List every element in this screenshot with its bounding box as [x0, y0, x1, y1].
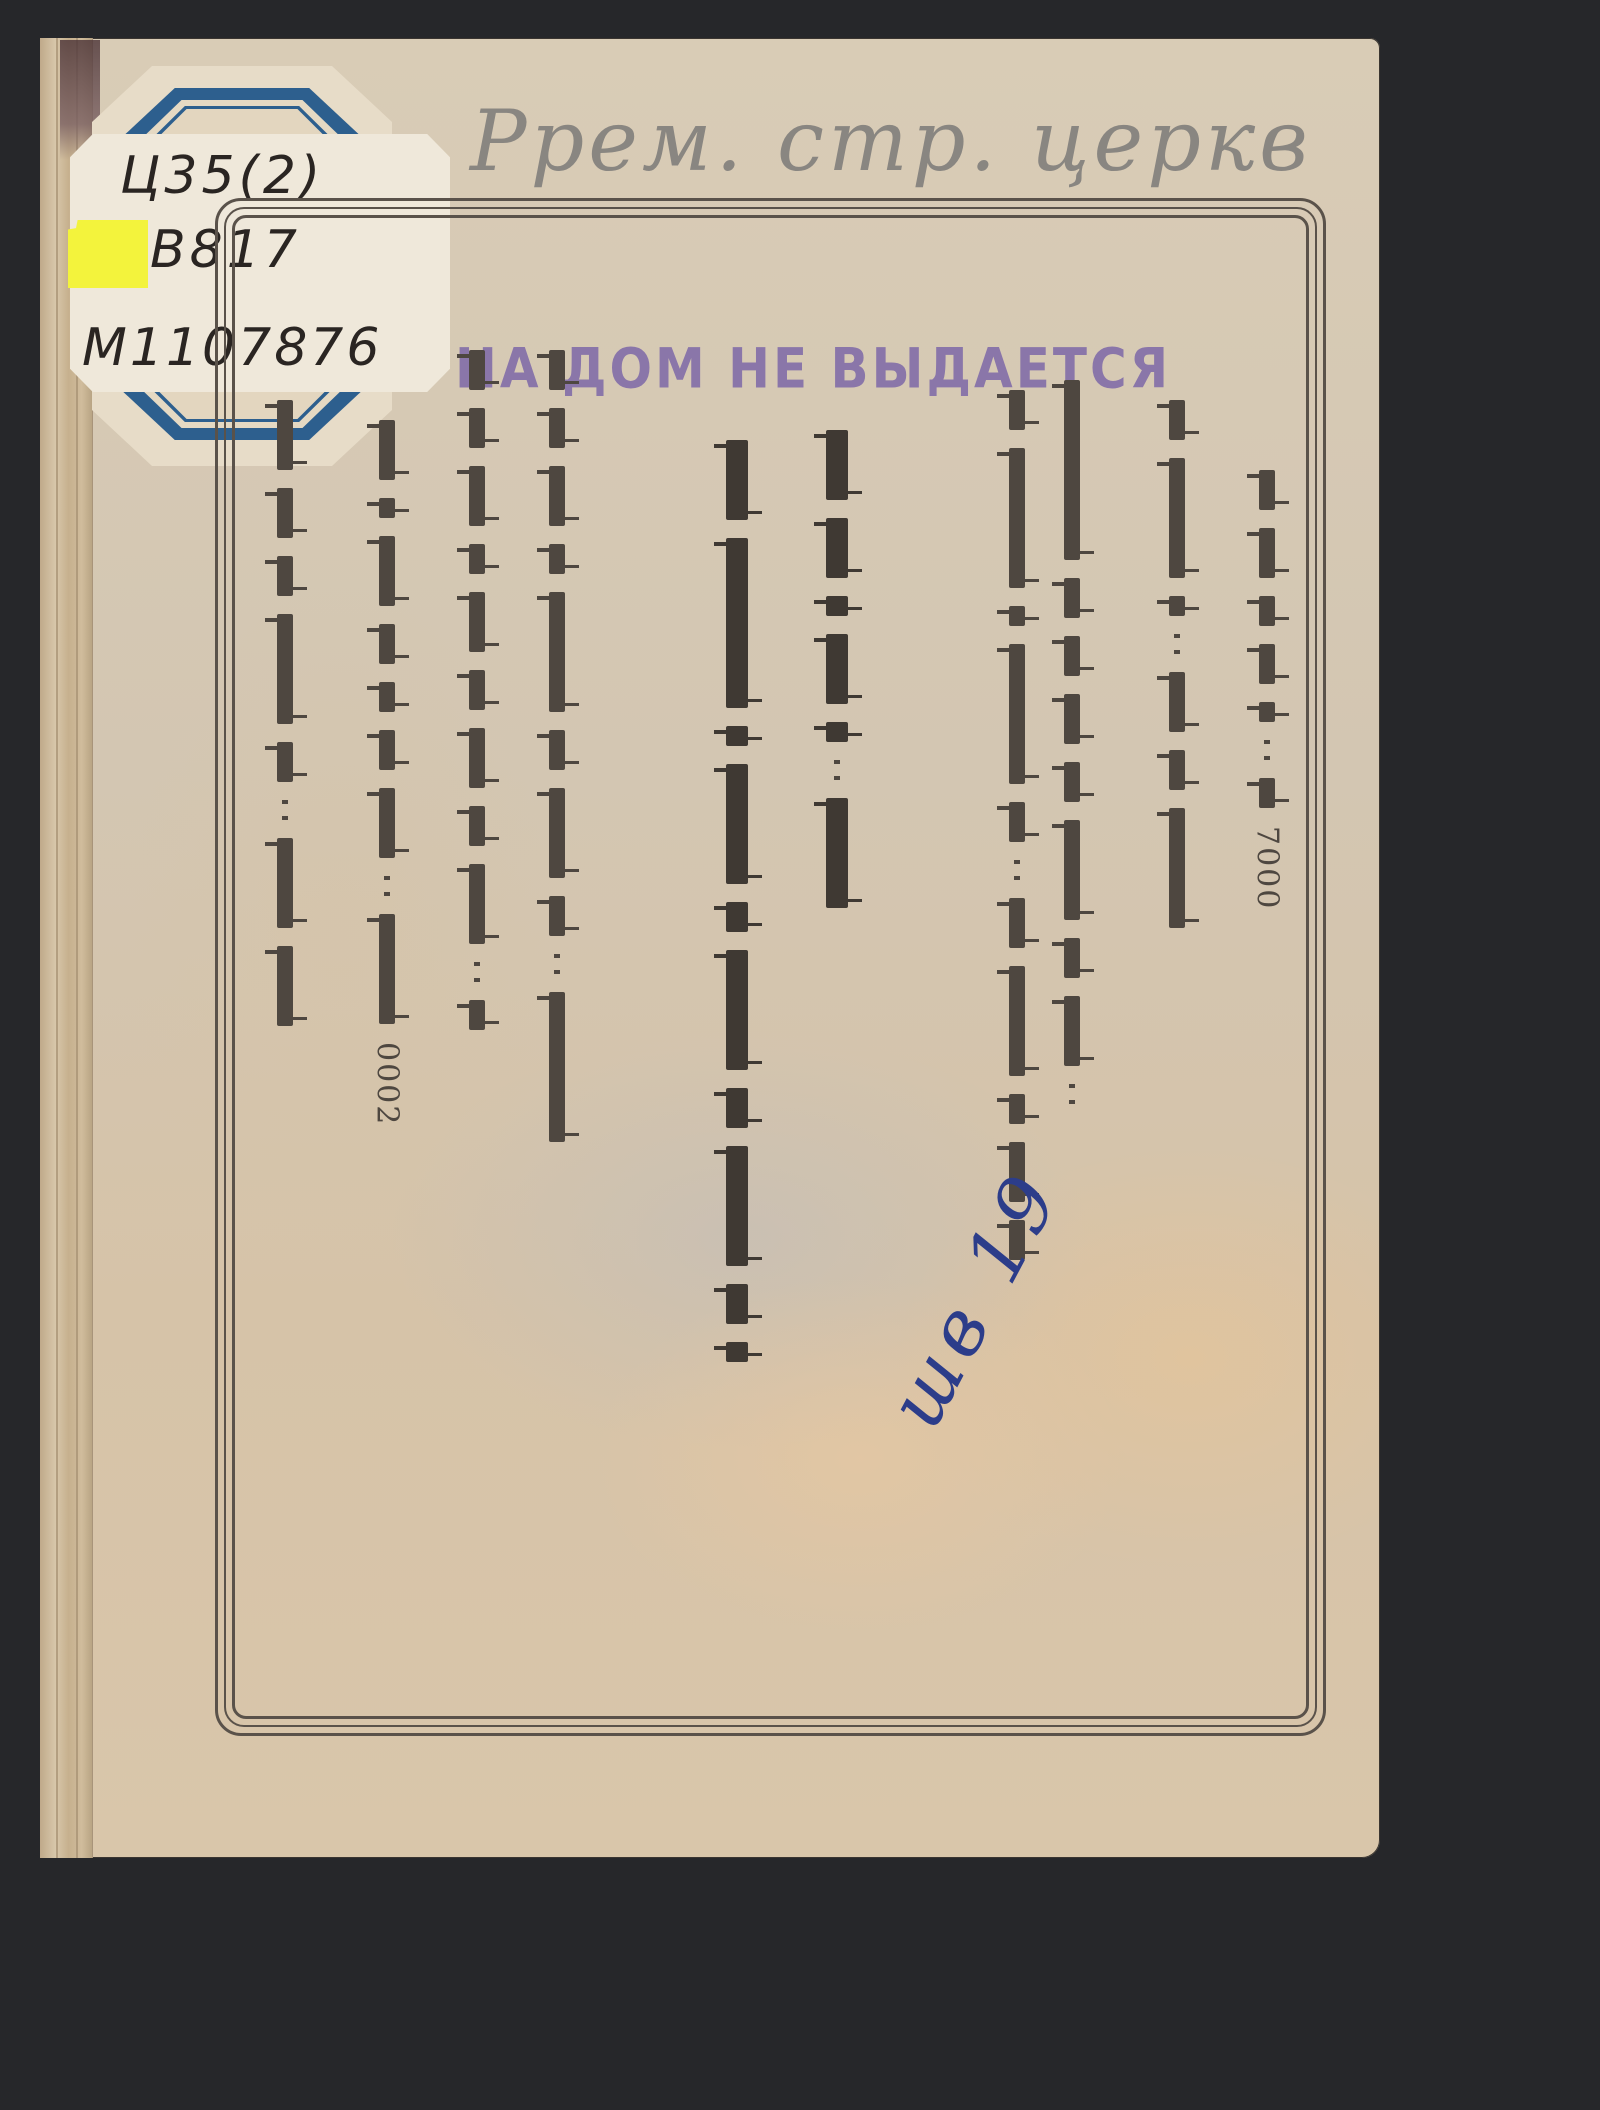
- punctuation-mark: [1264, 740, 1270, 760]
- text-column-1: [268, 400, 302, 1026]
- script-word: [379, 498, 395, 518]
- script-word: [277, 488, 293, 538]
- script-word: [726, 1088, 748, 1128]
- script-word: [1009, 448, 1025, 588]
- script-word: [469, 544, 485, 574]
- script-word: [469, 466, 485, 526]
- punctuation-mark: [1014, 860, 1020, 880]
- text-column-3: [460, 350, 494, 1030]
- script-word: [379, 914, 395, 1024]
- script-word: [277, 400, 293, 470]
- script-word: [379, 730, 395, 770]
- script-word: [826, 798, 848, 908]
- text-column-5: [720, 440, 754, 1362]
- script-word: [1064, 578, 1080, 618]
- script-word: [277, 742, 293, 782]
- script-word: [1009, 898, 1025, 948]
- script-word: [469, 592, 485, 652]
- script-word: [549, 408, 565, 448]
- script-word: [1064, 762, 1080, 802]
- script-word: [1169, 750, 1185, 790]
- script-word: [726, 1284, 748, 1324]
- script-word: [726, 440, 748, 520]
- script-word: [826, 596, 848, 616]
- script-word: [1009, 606, 1025, 626]
- script-word: [1064, 694, 1080, 744]
- script-word: [1259, 470, 1275, 510]
- script-word: [277, 838, 293, 928]
- script-word: [726, 726, 748, 746]
- script-word: [1009, 1094, 1025, 1124]
- punctuation-mark: [282, 800, 288, 820]
- yellow-sticker: [68, 220, 148, 288]
- script-word: [1009, 802, 1025, 842]
- text-column-6: [820, 430, 854, 908]
- script-word: [1064, 380, 1080, 560]
- script-word: [549, 730, 565, 770]
- script-word: [826, 722, 848, 742]
- pencil-handwritten-note: Ррем. стр. церкв: [470, 92, 1312, 190]
- script-word: [379, 788, 395, 858]
- script-word: [277, 614, 293, 724]
- text-column-7: [1000, 390, 1034, 1260]
- script-word: [1169, 458, 1185, 578]
- punctuation-mark: [554, 954, 560, 974]
- script-word: [379, 624, 395, 664]
- script-word: [1169, 596, 1185, 616]
- numeral-text: 0002: [370, 1042, 405, 1126]
- script-word: [1169, 400, 1185, 440]
- script-word: [726, 950, 748, 1070]
- script-word: [726, 764, 748, 884]
- script-word: [1009, 390, 1025, 430]
- text-column-2: 0002: [370, 420, 404, 1126]
- script-word: [826, 634, 848, 704]
- script-word: [469, 1000, 485, 1030]
- script-word: [826, 518, 848, 578]
- script-word: [549, 788, 565, 878]
- script-word: [469, 806, 485, 846]
- script-word: [469, 670, 485, 710]
- script-word: [726, 1342, 748, 1362]
- punctuation-mark: [1069, 1084, 1075, 1104]
- script-word: [1009, 644, 1025, 784]
- script-word: [1064, 996, 1080, 1066]
- script-word: [1064, 820, 1080, 920]
- script-word: [379, 420, 395, 480]
- punctuation-mark: [474, 962, 480, 982]
- script-word: [826, 430, 848, 500]
- script-word: [549, 466, 565, 526]
- text-column-4: [540, 350, 574, 1142]
- script-word: [1259, 596, 1275, 626]
- script-word: [469, 728, 485, 788]
- script-word: [1064, 938, 1080, 978]
- script-word: [549, 592, 565, 712]
- script-word: [1259, 702, 1275, 722]
- script-word: [549, 896, 565, 936]
- script-word: [1259, 778, 1275, 808]
- script-word: [549, 992, 565, 1142]
- script-word: [469, 350, 485, 390]
- script-word: [469, 408, 485, 448]
- text-column-10: 7000: [1250, 470, 1284, 910]
- script-word: [1064, 636, 1080, 676]
- punctuation-mark: [834, 760, 840, 780]
- script-word: [1169, 672, 1185, 732]
- script-word: [726, 1146, 748, 1266]
- script-word: [379, 536, 395, 606]
- text-column-8: [1055, 380, 1089, 1104]
- script-word: [549, 350, 565, 390]
- script-word: [277, 556, 293, 596]
- punctuation-mark: [1174, 634, 1180, 654]
- script-word: [379, 682, 395, 712]
- script-word: [1259, 644, 1275, 684]
- script-word: [1169, 808, 1185, 928]
- punctuation-mark: [384, 876, 390, 896]
- script-word: [726, 902, 748, 932]
- spine-crease: [56, 38, 58, 1858]
- script-word: [1009, 966, 1025, 1076]
- text-column-9: [1160, 400, 1194, 928]
- script-word: [1259, 528, 1275, 578]
- numeral-text: 7000: [1250, 826, 1285, 910]
- script-word: [469, 864, 485, 944]
- script-word: [549, 544, 565, 574]
- call-number-class: Ц35(2): [120, 146, 324, 206]
- script-word: [277, 946, 293, 1026]
- script-word: [726, 538, 748, 708]
